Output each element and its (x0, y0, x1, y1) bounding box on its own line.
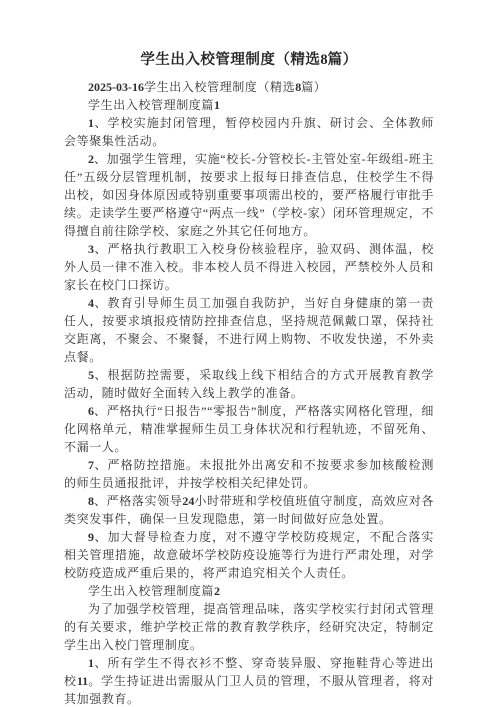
paragraph: 5、根据防控需要，采取线上线下相结合的方式开展教育教学活动，随时做好全面转入线上… (64, 366, 434, 402)
document-title: 学生出入校管理制度（精选8篇） (64, 50, 434, 71)
paragraph: 为了加强学校管理，提高管理品味，落实学校实行封闭式管理的有关要求，维护学校正常的… (64, 600, 434, 654)
paragraph: 1、学校实施封闭管理，暂停校园内升旗、研讨会、全体教师会等聚集性活动。 (64, 114, 434, 150)
paragraph: 4、教育引导师生员工加强自我防护，当好自身健康的第一责任人，按要求填报疫情防控排… (64, 294, 434, 366)
paragraph: 学生出入校管理制度篇1 (64, 96, 434, 114)
paragraph: 学生出入校管理制度篇2 (64, 582, 434, 600)
paragraph: 9、加大督导检查力度，对不遵守学校防疫规定，不配合落实相关管理措施，故意破坏学校… (64, 528, 434, 582)
document-page: 学生出入校管理制度（精选8篇） 2025-03-16学生出入校管理制度（精选8篇… (0, 0, 500, 707)
paragraph: 1、所有学生不得衣衫不整、穿奇装异服、穿拖鞋背心等进出校11。学生持证进出需服从… (64, 654, 434, 707)
document-body: 2025-03-16学生出入校管理制度（精选8篇）学生出入校管理制度篇11、学校… (64, 78, 434, 707)
paragraph: 8、严格落实领导24小时带班和学校值班值守制度，高效应对各类突发事件，确保一旦发… (64, 492, 434, 528)
paragraph: 2025-03-16学生出入校管理制度（精选8篇） (64, 78, 434, 96)
paragraph: 2、加强学生管理，实施“校长-分管校长-主管处室-年级组-班主任”五级分层管理机… (64, 150, 434, 240)
paragraph: 6、严格执行“日报告”“零报告”制度，严格落实网格化管理，细化网格单元，精准掌握… (64, 402, 434, 456)
paragraph: 3、严格执行教职工入校身份核验程序，验双码、测体温，校外人员一律不准入校。非本校… (64, 240, 434, 294)
paragraph: 7、严格防控措施。未报批外出离安和不按要求参加核酸检测的师生员通报批评，并按学校… (64, 456, 434, 492)
